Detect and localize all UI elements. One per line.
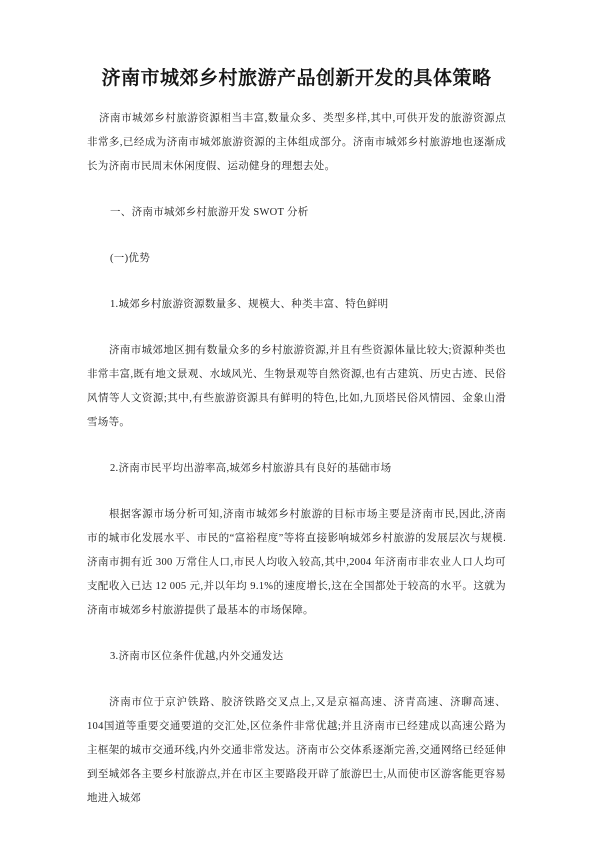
heading-point2-market: 2.济南市民平均出游率高,城郊乡村旅游具有良好的基础市场 [110, 457, 506, 481]
paragraph-point1-resources: 济南市城郊地区拥有数量众多的乡村旅游资源,并且有些资源体量比较大;资源种类也非常… [87, 339, 506, 435]
paragraph-point3-location: 济南市位于京沪铁路、胶济铁路交叉点上,又是京福高速、济青高速、济聊高速、104国… [87, 691, 506, 811]
document-title: 济南市城郊乡村旅游产品创新开发的具体策略 [87, 65, 506, 93]
heading-point1-resources: 1.城郊乡村旅游资源数量多、规模大、种类丰富、特色鲜明 [110, 293, 506, 317]
heading-strengths: (一)优势 [110, 247, 506, 271]
heading-point3-location: 3.济南市区位条件优越,内外交通发达 [110, 645, 506, 669]
heading-swot-analysis: 一、济南市城郊乡村旅游开发 SWOT 分析 [110, 201, 506, 225]
intro-paragraph: 济南市城郊乡村旅游资源相当丰富,数量众多、类型多样,其中,可供开发的旅游资源点非… [87, 107, 506, 179]
document-page: 济南市城郊乡村旅游产品创新开发的具体策略 济南市城郊乡村旅游资源相当丰富,数量众… [0, 0, 595, 842]
paragraph-point2-market: 根据客源市场分析可知,济南市城郊乡村旅游的目标市场主要是济南市民,因此,济南市的… [87, 503, 506, 623]
